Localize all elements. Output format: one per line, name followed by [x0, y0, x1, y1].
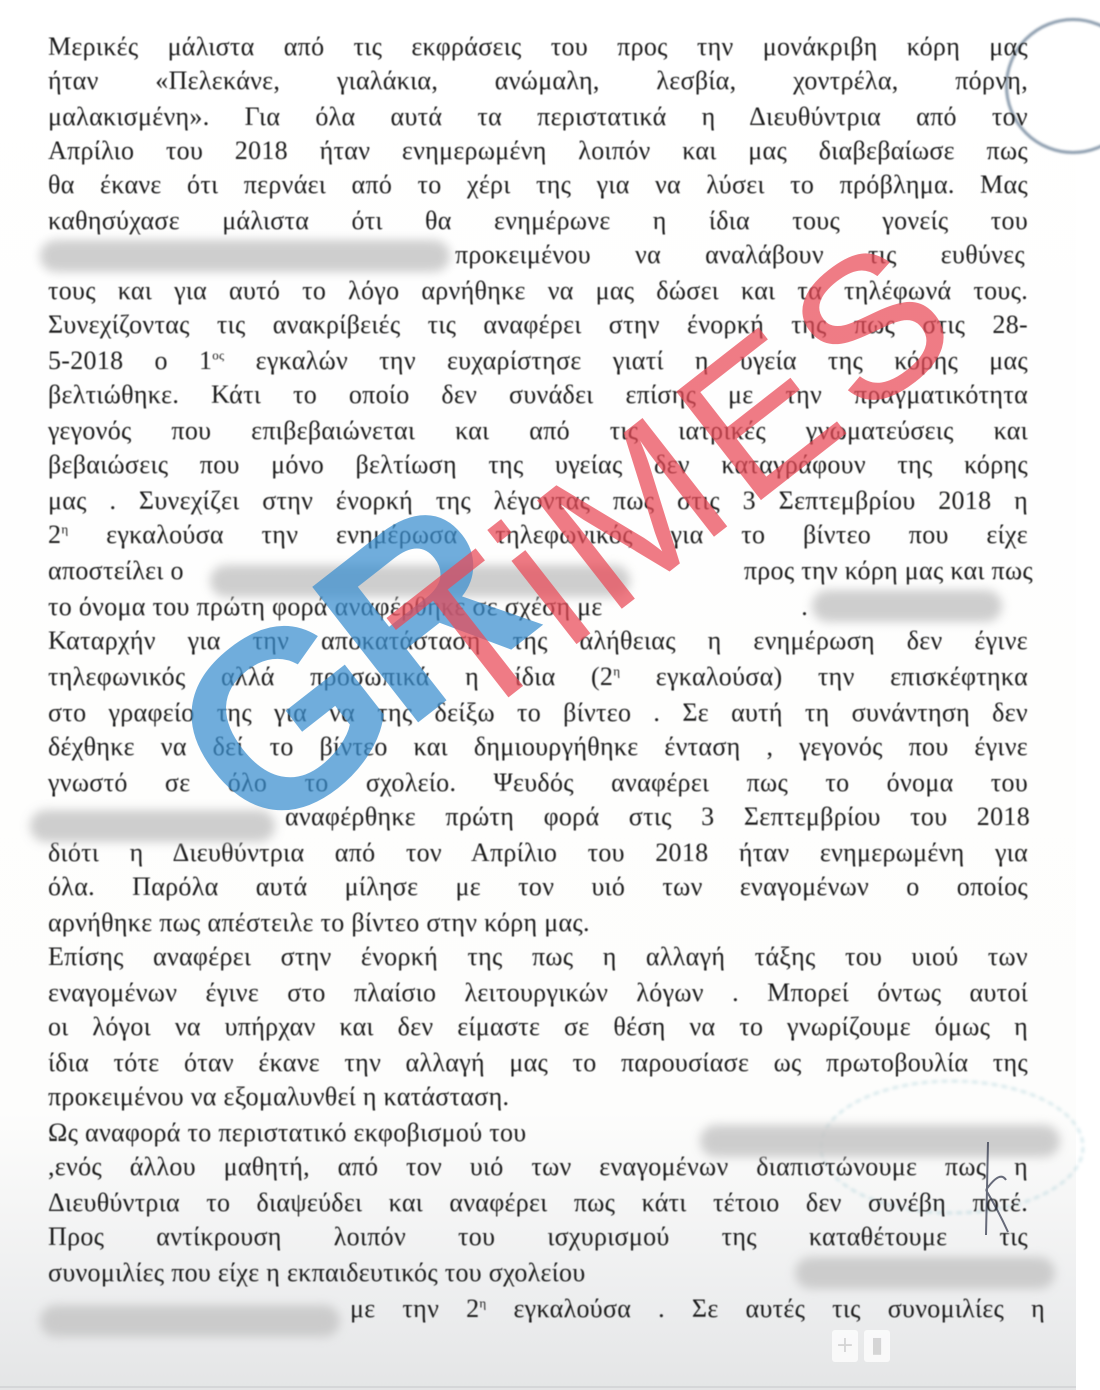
document-line: βελτιώθηκε. Κάτι το οποίο δεν συνάδει επ… [48, 380, 1028, 410]
document-line: συνομιλίες που είχε η εκπαιδευτικός του … [48, 1258, 608, 1288]
document-line: 5-2018 ο 1ος εγκαλών την ευχαρίστησε για… [48, 346, 1028, 376]
document-line: 2η εγκαλούσα την ενημέρωσα τηλεφωνικός γ… [48, 520, 1028, 550]
document-line: θα έκανε ότι περνάει από το χέρι της για… [48, 170, 1028, 200]
document-line: προκειμένου να αναλάβουν τις ευθύνες [455, 240, 1025, 270]
document-line: διότι η Διευθύντρια από τον Απρίλιο του … [48, 838, 1028, 868]
plus-icon[interactable]: + [832, 1330, 858, 1362]
redaction-blur [210, 565, 630, 597]
document-line: στο γραφείο της για να της δείξω το βίντ… [48, 698, 1028, 728]
document-line: Επίσης αναφέρει στην ένορκή της πως η αλ… [48, 942, 1028, 972]
document-line: αρνήθηκε πως απέστειλε το βίντεο στην κό… [48, 908, 1028, 938]
panel-icon[interactable]: ▮ [864, 1330, 890, 1362]
document-line: προκειμένου να εξομαλυνθεί η κατάσταση. [48, 1082, 1028, 1112]
document-line: οι λόγοι να υπήρχαν και δεν είμαστε σε θ… [48, 1012, 1028, 1042]
document-line: με την 2η εγκαλούσα . Σε αυτές τις συνομ… [350, 1294, 1045, 1324]
redaction-blur [30, 810, 275, 842]
redaction-blur [812, 590, 1002, 622]
document-line: ήταν «Πελεκάνε, γιαλάκια, ανώμαλη, λεσβί… [48, 66, 1028, 96]
document-line: Μερικές μάλιστα από τις εκφράσεις του πρ… [48, 32, 1028, 62]
document-line: τους και για αυτό το λόγο αρνήθηκε να μα… [48, 276, 1028, 306]
redaction-blur [40, 1305, 340, 1337]
document-line: αναφέρθηκε πρώτη φορά στις 3 Σεπτεμβρίου… [285, 802, 1030, 832]
redaction-blur [40, 240, 450, 272]
redaction-blur [700, 1125, 1060, 1157]
document-line: μαλακισμένη». Για όλα αυτά τα περιστατικ… [48, 102, 1028, 132]
document-line: δέχθηκε να δεί το βίντεο και δημιουργήθη… [48, 732, 1028, 762]
document-line: Απρίλιο του 2018 ήταν ενημερωμένη λοιπόν… [48, 136, 1028, 166]
video-overlay-controls: + ▮ [832, 1330, 890, 1362]
document-line: Ως αναφορά το περιστατικό εκφοβισμού του [48, 1118, 698, 1148]
document-line: γνωστό σε όλο το σχολείο. Ψευδός αναφέρε… [48, 768, 1028, 798]
document-line: τηλεφωνικός αλλά προσωπικά η ίδια (2η εγ… [48, 662, 1028, 692]
document-line: Συνεχίζοντας τις ανακρίβειές τις αναφέρε… [48, 310, 1028, 340]
page-margin [1076, 0, 1100, 1390]
document-line: γεγονός που επιβεβαιώνεται και από τις ι… [48, 416, 1028, 446]
document-line: ίδια τότε όταν έκανε την αλλαγή μας το π… [48, 1048, 1028, 1078]
document-line: όλα. Παρόλα αυτά μίλησε με τον υιό των ε… [48, 872, 1028, 902]
redaction-blur [795, 1257, 1055, 1289]
document-line: εναγομένων έγινε στο πλαίσιο λειτουργικώ… [48, 978, 1028, 1008]
document-line: Διευθύντρια το διαψεύδει και αναφέρει πω… [48, 1188, 1028, 1218]
document-line: μας . Συνεχίζει στην ένορκή της λέγοντας… [48, 486, 1028, 516]
document-line: βεβαιώσεις που μόνο βελτίωση της υγείας … [48, 450, 1028, 480]
document-line: Προς αντίκρουση λοιπόν του ισχυρισμού τη… [48, 1222, 1028, 1252]
document-line: Καταρχήν για την αποκατάσταση της αλήθει… [48, 626, 1028, 656]
document-line: καθησύχασε μάλιστα ότι θα ενημέρωνε η ίδ… [48, 206, 1028, 236]
page-bottom-edge [0, 1386, 1076, 1388]
